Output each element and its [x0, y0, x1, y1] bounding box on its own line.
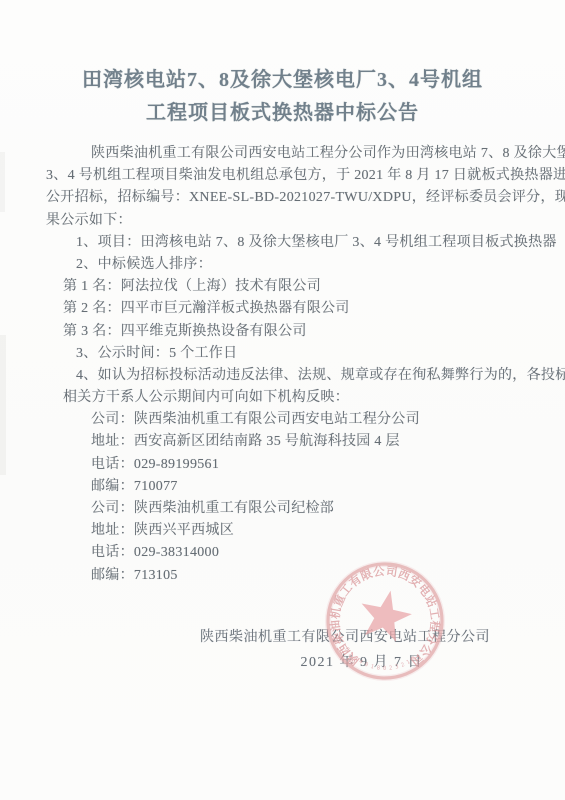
- scanned-page: 田湾核电站7、8及徐大堡核电厂3、4号机组 工程项目板式换热器中标公告 陕西柴油…: [0, 0, 565, 800]
- document-line: 3、4 号机组工程项目柴油发电机组总承包方，于 2021 年 8 月 17 日就…: [46, 165, 525, 187]
- signature-company: 陕西柴油机重工有限公司西安电站工程分公司: [0, 626, 490, 646]
- document-line: 4、如认为招标投标活动违反法律、法规、规章或存在徇私舞弊行为的，各投标人及: [46, 365, 525, 387]
- signature-date: 2021 年 9 月 7 日: [0, 651, 423, 671]
- scan-artifact: [0, 152, 5, 212]
- document-line: 电话：029-38314000: [46, 542, 525, 564]
- document-line: 果公示如下：: [46, 210, 525, 232]
- title-line-1: 田湾核电站7、8及徐大堡核电厂3、4号机组: [0, 64, 565, 97]
- document-line: 地址：陕西兴平西城区: [46, 520, 525, 542]
- document-line: 2、中标候选人排序：: [46, 254, 525, 276]
- document-line: 地址：西安高新区团结南路 35 号航海科技园 4 层: [46, 431, 525, 453]
- scan-artifact: [0, 335, 6, 475]
- announcement-body: 陕西柴油机重工有限公司西安电站工程分公司作为田湾核电站 7、8 及徐大堡核电厂3…: [46, 143, 525, 587]
- document-line: 电话：029-89199561: [46, 454, 525, 476]
- document-line: 邮编：713105: [46, 565, 525, 587]
- document-line: 1、项目：田湾核电站 7、8 及徐大堡核电厂 3、4 号机组工程项目板式换热器: [46, 232, 525, 254]
- document-line: 公司：陕西柴油机重工有限公司西安电站工程分公司: [46, 409, 525, 431]
- document-line: 公司：陕西柴油机重工有限公司纪检部: [46, 498, 525, 520]
- announcement-title: 田湾核电站7、8及徐大堡核电厂3、4号机组 工程项目板式换热器中标公告: [0, 64, 565, 130]
- document-line: 相关方干系人公示期间内可向如下机构反映：: [46, 387, 525, 409]
- document-line: 陕西柴油机重工有限公司西安电站工程分公司作为田湾核电站 7、8 及徐大堡核电厂: [46, 143, 525, 165]
- document-line: 公开招标，招标编号：XNEE-SL-BD-2021027-TWU/XDPU，经评…: [46, 187, 525, 209]
- title-line-2: 工程项目板式换热器中标公告: [0, 97, 565, 130]
- document-line: 第 2 名：四平市巨元瀚洋板式换热器有限公司: [46, 298, 525, 320]
- document-line: 邮编：710077: [46, 476, 525, 498]
- document-line: 第 3 名：四平维克斯换热设备有限公司: [46, 321, 525, 343]
- document-line: 第 1 名：阿法拉伐（上海）技术有限公司: [46, 276, 525, 298]
- document-line: 3、公示时间：5 个工作日: [46, 343, 525, 365]
